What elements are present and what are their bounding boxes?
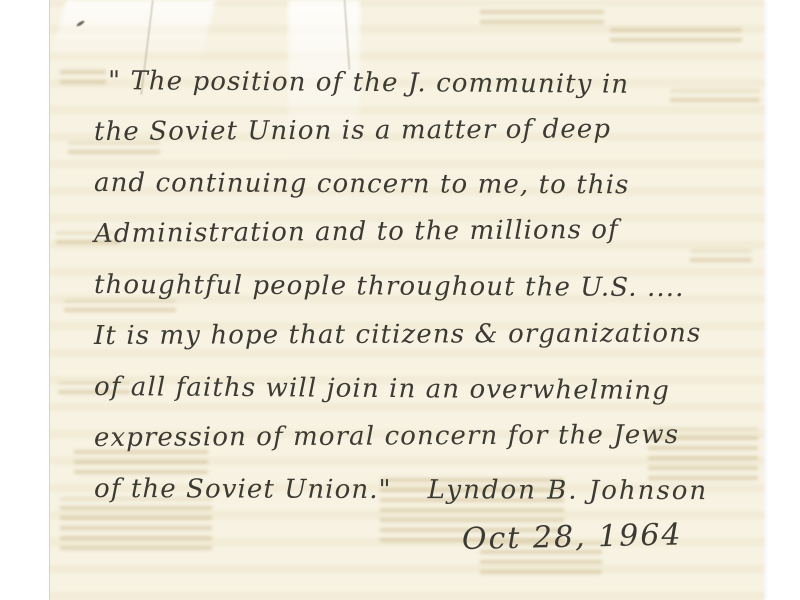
note-line: Administration and to the millions of [94, 204, 739, 260]
note-line: the Soviet Union is a matter of deep [94, 104, 739, 158]
quote-closing: of the Soviet Union." [94, 474, 392, 505]
bleed-through-texture [480, 8, 604, 24]
note-line: thoughtful people throughout the U.S. ..… [94, 260, 739, 314]
paper-mark [76, 20, 85, 27]
note-line: expression of moral concern for the Jews [94, 410, 739, 464]
bleed-through-texture [610, 28, 742, 42]
date: Oct 28, 1964 [93, 508, 739, 577]
note-paper: " The position of the J. community in th… [50, 0, 764, 600]
signature: Lyndon B. Johnson [428, 475, 709, 506]
handwritten-text: " The position of the J. community in th… [94, 56, 739, 571]
paper-highlight-patch [50, 0, 215, 62]
document-photo: " The position of the J. community in th… [0, 0, 800, 600]
note-line: It is my hope that citizens & organizati… [94, 308, 739, 362]
